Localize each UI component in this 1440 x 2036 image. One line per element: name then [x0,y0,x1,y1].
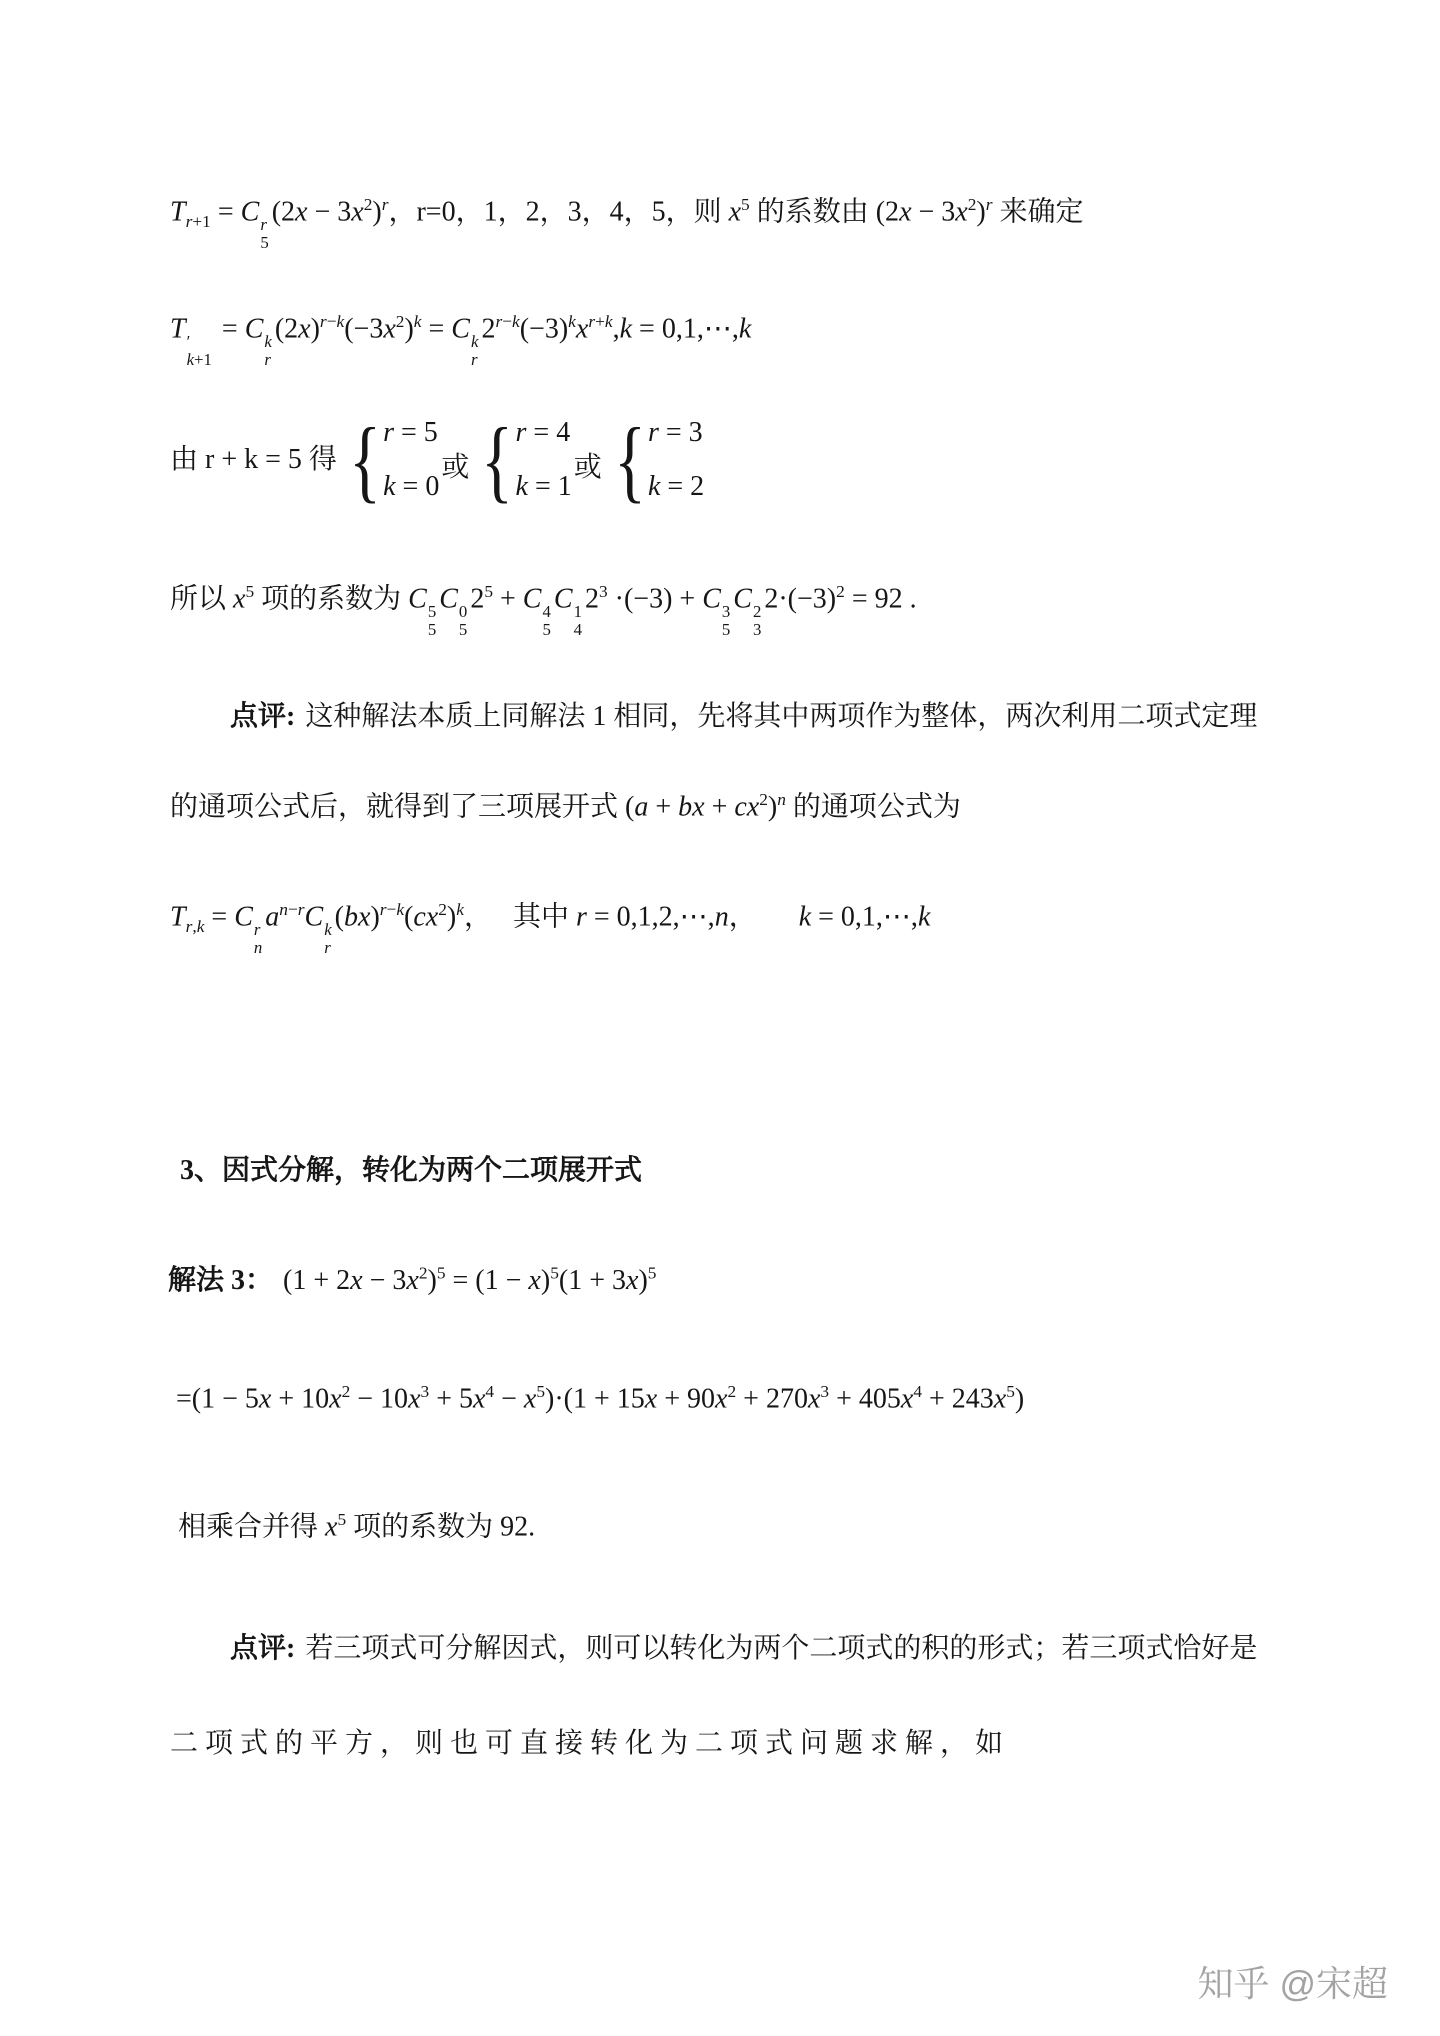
case-2-bottom: k = 1 [516,468,572,506]
zhihu-watermark: 知乎 @宋超 [1197,1956,1388,2007]
solution-3-formula: (1 + 2x − 3x2)5 = (1 − x)5(1 + 3x)5 [283,1265,656,1296]
case-2: { r = 4 k = 1 [475,414,571,506]
or-label-2: 或 [574,449,602,487]
system-prefix: 由 r + k = 5 得 [170,441,337,479]
comment-1-label: 点评: [230,701,295,732]
formula-outer-general-term: Tr+1 = Cr5(2x − 3x2)r，r=0，1，2，3，4，5，则 x5… [170,193,1084,253]
equation-system-line: 由 r + k = 5 得 { r = 5 k = 0 或 { r = 4 k … [170,400,704,520]
coefficient-equation: 所以 x5 项的系数为 C55C0525 + C45C1423 ·(−3) + … [170,580,917,640]
case-1: { r = 5 k = 0 [343,414,439,506]
comment-1-text: 这种解法本质上同解法 1 相同，先将其中两项作为整体，两次利用二项式定理 [305,701,1257,732]
section-3-heading: 3、因式分解，转化为两个二项展开式 [180,1152,642,1190]
formula-inner-general-term: T′k+1 = Ckr(2x)r−k(−3x2)k = Ckr2r−k(−3)k… [170,310,751,370]
comment-1-continued: 的通项公式后，就得到了三项展开式 (a + bx + cx2)n 的通项公式为 [170,788,961,826]
solution-3-label: 解法 3： [168,1265,273,1296]
comment-2-label: 点评: [230,1633,295,1664]
or-label-1: 或 [441,449,469,487]
comment-1: 点评:这种解法本质上同解法 1 相同，先将其中两项作为整体，两次利用二项式定理 [230,698,1257,736]
document-page: Tr+1 = Cr5(2x − 3x2)r，r=0，1，2，3，4，5，则 x5… [0,0,1440,2036]
comment-2-text: 若三项式可分解因式，则可以转化为两个二项式的积的形式；若三项式恰好是 [305,1633,1257,1664]
case-3: { r = 3 k = 2 [608,414,704,506]
solution-3-line: 解法 3：(1 + 2x − 3x2)5 = (1 − x)5(1 + 3x)5 [168,1262,656,1300]
left-brace-icon: { [482,414,514,506]
comment-2-continued: 二项式的平方，则也可直接转化为二项式问题求解，如 [170,1725,1010,1763]
expansion-line: =(1 − 5x + 10x2 − 10x3 + 5x4 − x5)·(1 + … [176,1380,1024,1418]
case-1-bottom: k = 0 [383,468,439,506]
left-brace-icon: { [349,414,381,506]
case-1-top: r = 5 [383,414,439,452]
case-3-top: r = 3 [648,414,704,452]
formula-trinomial-general-term: Tr,k = Crnan−rCkr(bx)r−k(cx2)k， 其中 r = 0… [170,898,930,958]
case-2-top: r = 4 [516,414,572,452]
comment-2: 点评:若三项式可分解因式，则可以转化为两个二项式的积的形式；若三项式恰好是 [230,1630,1257,1668]
case-3-bottom: k = 2 [648,468,704,506]
multiply-result-line: 相乘合并得 x5 项的系数为 92. [178,1508,535,1546]
left-brace-icon: { [614,414,646,506]
